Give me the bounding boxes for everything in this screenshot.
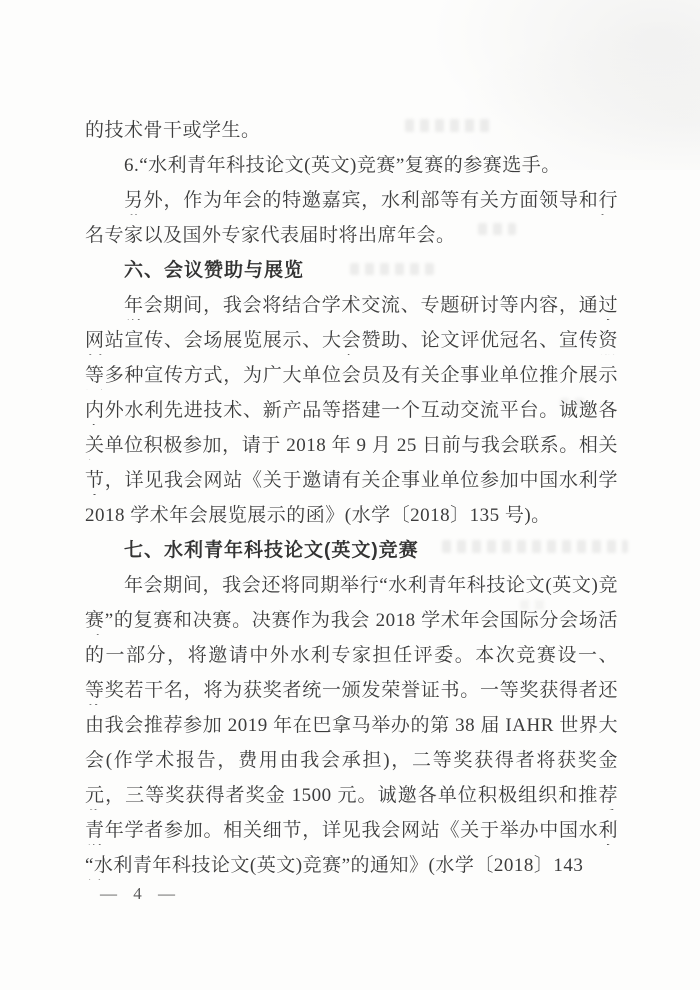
text-line: 年会期间，我会还将同期举行“水利青年科技论文(英文)竞 — [85, 574, 618, 600]
text-line: 另外，作为年会的特邀嘉宾，水利部等有关方面领导和行业知 — [85, 189, 618, 215]
text-line: 节，详见我会网站《关于邀请有关企事业单位参加中国水利学会 — [85, 469, 618, 495]
text-line: 会(作学术报告，费用由我会承担)，二等奖获得者将获奖金 3000 — [85, 749, 618, 775]
section-heading-7: 七、水利青年科技论文(英文)竞赛 — [85, 539, 618, 565]
text-line: 年会期间，我会将结合学术交流、专题研讨等内容，通过学会 — [85, 294, 618, 320]
text-line: 网站宣传、会场展览展示、大会赞助、论文评优冠名、宣传资料入册 — [85, 329, 618, 355]
text-line: 青年学者参加。相关细节，详见我会网站《关于举办中国水利学会 — [85, 819, 618, 845]
text-line: “水利青年科技论文(英文)竞赛”的通知》(水学〔2018〕143 号)。 — [85, 854, 618, 880]
text-line: 赛”的复赛和决赛。决赛作为我会 2018 学术年会国际分会场活动 — [85, 609, 618, 635]
text-line: 的技术骨干或学生。 — [85, 119, 618, 145]
text-line: 等多种宣传方式，为广大单位会员及有关企事业单位推介展示国 — [85, 364, 618, 390]
text-line: 6.“水利青年科技论文(英文)竞赛”复赛的参赛选手。 — [85, 154, 618, 180]
page-number: — 4 — — [100, 884, 181, 904]
section-heading-6: 六、会议赞助与展览 — [85, 259, 618, 285]
text-line: 元，三等奖获得者奖金 1500 元。诚邀各单位积极组织和推荐优秀 — [85, 784, 618, 810]
text-line: 2018 学术年会展览展示的函》(水学〔2018〕135 号)。 — [85, 504, 618, 530]
document-page: 的技术骨干或学生。 6.“水利青年科技论文(英文)竞赛”复赛的参赛选手。 另外，… — [0, 0, 700, 990]
text-line: 名专家以及国外专家代表届时将出席年会。 — [85, 224, 618, 250]
text-line: 等奖若干名，将为获奖者统一颁发荣誉证书。一等奖获得者还将 — [85, 679, 618, 705]
text-line: 关单位积极参加，请于 2018 年 9 月 25 日前与我会联系。相关细 — [85, 434, 618, 460]
text-line: 的一部分，将邀请中外水利专家担任评委。本次竞赛设一、二、三 — [85, 644, 618, 670]
text-line: 由我会推荐参加 2019 年在巴拿马举办的第 38 届 IAHR 世界大 — [85, 714, 618, 740]
text-line: 内外水利先进技术、新产品等搭建一个互动交流平台。诚邀各有 — [85, 399, 618, 425]
